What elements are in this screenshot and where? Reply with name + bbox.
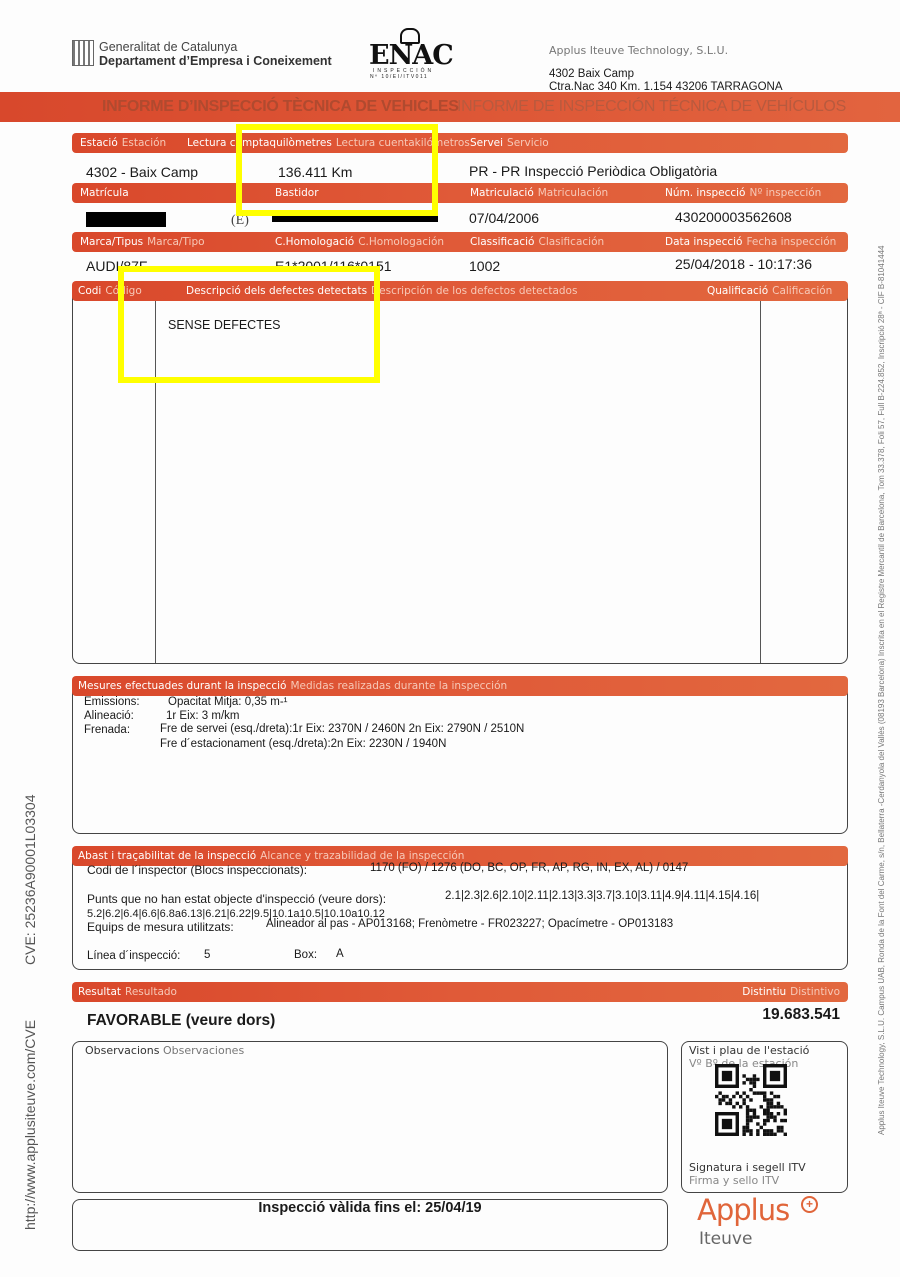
label-mesures: Mesures efectuades durant la inspecció [78, 680, 286, 692]
applus-brand: Applus [697, 1193, 789, 1227]
row1-header: EstacióEstación Lectura comptaquilòmetre… [72, 133, 848, 153]
title-ca: INFORME D’INSPECCIÓ TÈCNICA DE VEHICLES [102, 98, 459, 116]
highlight-odometer [236, 124, 438, 216]
measures-header: Mesures efectuades durant la inspeccióMe… [72, 676, 848, 696]
measure-key-emissions: Emissions: [84, 696, 140, 708]
defects-col-divider-2 [760, 291, 761, 663]
qr-code-icon [715, 1064, 789, 1136]
inspection-number: 430200003562608 [675, 209, 792, 225]
label-servei: Servei [470, 137, 503, 149]
gov-line1: Generalitat de Catalunya [99, 40, 237, 54]
measure-value-estacionament: Fre d´estacionament (esq./dreta):2n Eix:… [160, 738, 446, 750]
validity-text: Inspecció vàlida fins el: 25/04/19 [73, 1200, 667, 1216]
label-abast: Abast i traçabilitat de la inspecció [78, 850, 256, 862]
applus-logo: Applus + [697, 1193, 789, 1227]
label-clasificacion: Clasificación [538, 236, 604, 248]
title-es: INFORME DE INSPECCIÓN TÉCNICA DE VEHÍCUL… [457, 98, 846, 116]
stamp-sign-ca: Signatura i segell ITV [689, 1161, 806, 1174]
line-key: Línea d´inspecció: [87, 950, 180, 962]
label-fecha-inspeccion: Fecha inspección [746, 236, 836, 248]
badge-number: 19.683.541 [762, 1006, 840, 1024]
stamp-box: Vist i plau de l'estació Vº Bº de la est… [681, 1041, 848, 1193]
equipment-key: Equips de mesura utilitzats: [87, 920, 234, 934]
label-distintivo: Distintivo [790, 986, 840, 998]
highlight-defects [118, 266, 380, 383]
label-homologacion: C.Homologación [358, 236, 444, 248]
label-alcance: Alcance y trazabilidad de la inspección [260, 850, 464, 862]
plate-redacted [86, 212, 166, 227]
stamp-sign-es: Firma y sello ITV [689, 1174, 779, 1187]
box-key: Box: [294, 949, 317, 961]
observations-box: Observacions Observaciones [72, 1041, 668, 1193]
label-num-inspeccio: Núm. inspecció [665, 187, 745, 199]
result-value: FAVORABLE (veure dors) [87, 1012, 275, 1030]
label-data-inspeccio: Data inspecció [665, 236, 742, 248]
enac-sub2: Nº 10/EI/ITV011 [370, 74, 428, 80]
label-observaciones: Observaciones [163, 1044, 244, 1057]
classification: 1002 [469, 258, 500, 274]
inspection-date: 25/04/2018 - 10:17:36 [675, 256, 812, 272]
side-url: http://www.applusiteuve.com/CVE [22, 1020, 38, 1230]
measure-value-alineacio: 1r Eix: 3 m/km [166, 710, 239, 722]
row2-header: Matrícula Bastidor MatriculacióMatricula… [72, 183, 848, 203]
measure-key-alineacio: Alineació: [84, 710, 134, 722]
label-homologacio: C.Homologació [275, 236, 354, 248]
label-medidas: Medidas realizadas durante la inspección [290, 680, 507, 692]
generalitat-logo-icon [72, 40, 94, 66]
side-legal: Applus Iteuve Technology, S.L.U. Campus … [877, 246, 886, 1136]
registration-date: 07/04/2006 [469, 210, 539, 226]
title-band: INFORME D’INSPECCIÓ TÈCNICA DE VEHICLES … [0, 92, 900, 122]
points-key: Punts que no han estat objecte d'inspecc… [87, 892, 386, 906]
gov-line2: Departament d’Empresa i Coneixement [99, 54, 332, 68]
label-distintiu: Distintiu [742, 986, 786, 998]
station-value: 4302 - Baix Camp [86, 164, 198, 180]
label-calificacion: Calificación [772, 285, 832, 297]
points-value-1: 2.1|2.3|2.6|2.10|2.11|2.13|3.3|3.7|3.10|… [445, 890, 759, 902]
validity-box: Inspecció vàlida fins el: 25/04/19 [72, 1199, 668, 1251]
label-codi: Codi [78, 285, 101, 297]
applus-sub: Iteuve [699, 1229, 752, 1249]
label-observacions: Observacions [85, 1044, 159, 1057]
label-matriculacio: Matriculació [470, 187, 534, 199]
applus-plus-icon: + [801, 1196, 818, 1213]
result-header: ResultatResultado DistintiuDistintivo [72, 982, 848, 1002]
label-descripcion: Descripción de los defectos detectados [371, 285, 577, 297]
label-estacio: Estació [80, 137, 118, 149]
label-resultat: Resultat [78, 986, 121, 998]
stamp-title-ca: Vist i plau de l'estació [689, 1044, 809, 1057]
row3-header: Marca/TipusMarca/Tipo C.HomologacióC.Hom… [72, 232, 848, 252]
enac-logo: ENAC [369, 40, 453, 71]
label-matriculacion: Matriculación [538, 187, 608, 199]
label-matricula: Matrícula [80, 187, 129, 199]
measure-value-frenada: Fre de servei (esq./dreta):1r Eix: 2370N… [160, 723, 524, 735]
box-value: A [336, 948, 344, 960]
station-address-line1: 4302 Baix Camp [549, 68, 634, 80]
measure-key-frenada: Frenada: [84, 724, 130, 736]
label-servicio: Servicio [507, 137, 549, 149]
label-marca-tipus: Marca/Tipus [80, 236, 143, 248]
equipment-value: Alineador al pas - AP013168; Frenòmetre … [266, 918, 673, 930]
company-name: Applus Iteuve Technology, S.L.U. [549, 44, 728, 57]
label-qualificacio: Qualificació [707, 285, 768, 297]
label-estacion: Estación [122, 137, 166, 149]
side-cve: CVE: 25236A90001L03304 [22, 795, 38, 965]
line-value: 5 [204, 949, 210, 961]
service-value: PR - PR Inspecció Periòdica Obligatòria [469, 163, 717, 179]
label-classificacio: Classificació [470, 236, 534, 248]
inspector-key: Codi de l´inspector (Blocs inspeccionats… [87, 863, 307, 877]
measure-value-emissions: Opacitat Mitja: 0,35 m-¹ [168, 696, 288, 708]
inspector-value: 1170 (FO) / 1276 (DO, BC, OP, FR, AP, RG… [370, 862, 688, 874]
label-num-inspeccion: Nº inspección [749, 187, 821, 199]
label-marca-tipo: Marca/Tipo [147, 236, 204, 248]
label-resultado: Resultado [125, 986, 177, 998]
